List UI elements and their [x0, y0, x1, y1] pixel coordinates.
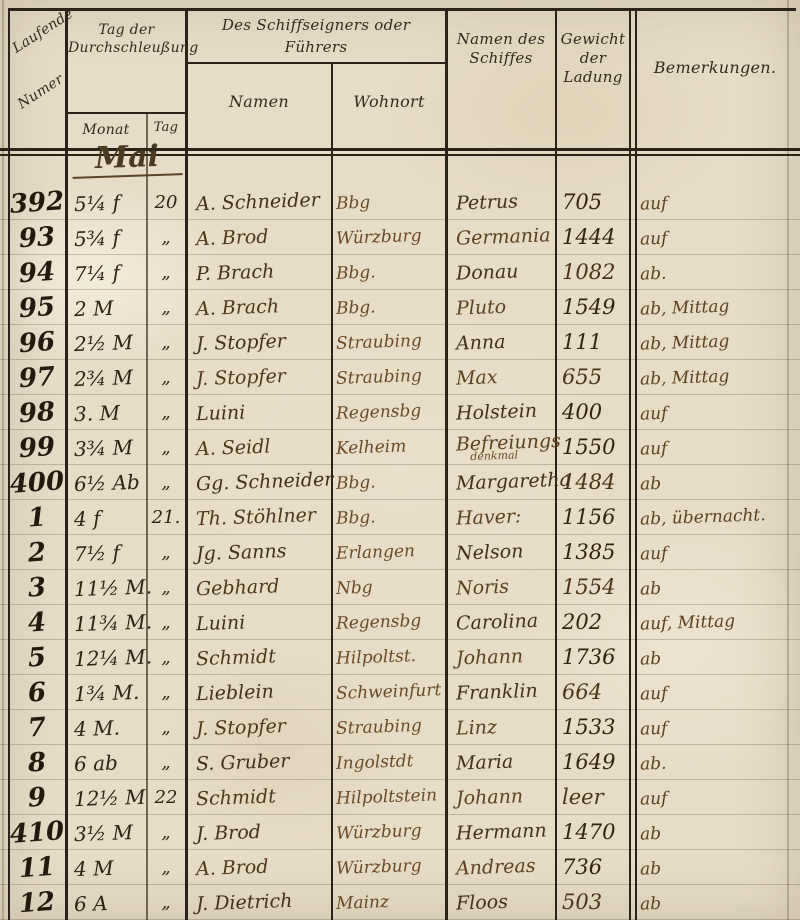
cell-wohnort: Bbg.	[332, 297, 447, 318]
cell-tag: „	[146, 544, 186, 562]
cell-gewicht: leer	[556, 787, 630, 808]
ledger-page: Laufende Numer Tag der Durchschleußung M…	[0, 0, 800, 920]
cell-gewicht: 705	[556, 192, 630, 213]
ledger-row: 3 11½ M. „ Gebhard Nbg Noris 1554 ab	[8, 570, 800, 605]
schiffsname-text: Germania	[456, 224, 551, 249]
cell-laufende-nummer: 98	[7, 398, 67, 428]
cell-wohnort: Straubing	[332, 717, 447, 738]
cell-uhrzeit: 4 f	[66, 506, 147, 529]
cell-wohnort: Straubing	[332, 332, 447, 353]
cell-laufende-nummer: 3	[7, 573, 67, 603]
cell-schiffsname: Pluto	[446, 296, 557, 319]
schiffsname-text: Linz	[456, 716, 498, 739]
cell-schiffsname: Befreiungs denkmal	[446, 432, 557, 463]
cell-wohnort: Straubing	[332, 367, 447, 388]
cell-bemerkung: ab	[630, 646, 800, 669]
cell-wohnort: Hilpoltstein	[332, 787, 447, 808]
cell-schiffseigner-name: A. Brach	[186, 295, 333, 319]
cell-schiffsname: Haver:	[446, 506, 557, 529]
header-monat: Monat	[68, 122, 144, 140]
cell-schiffsname: Holstein	[446, 401, 557, 424]
cell-laufende-nummer: 96	[7, 328, 67, 358]
cell-uhrzeit: 11½ M.	[66, 576, 147, 599]
month-label: Mai	[71, 138, 182, 179]
cell-schiffseigner-name: Schmidt	[186, 785, 333, 809]
cell-uhrzeit: 5¼ f	[66, 191, 147, 214]
cell-schiffseigner-name: Th. Stöhlner	[186, 505, 333, 529]
cell-laufende-nummer: 2	[7, 538, 67, 568]
cell-bemerkung: auf	[630, 541, 800, 564]
ledger-row: 6 1¾ M. „ Lieblein Schweinfurt Franklin …	[8, 675, 800, 710]
cell-tag: „	[146, 229, 186, 247]
header-line-monat	[66, 112, 186, 114]
cell-uhrzeit: 6½ Ab	[66, 471, 147, 494]
cell-schiffseigner-name: J. Stopfer	[186, 365, 333, 389]
cell-laufende-nummer: 5	[7, 643, 67, 673]
cell-gewicht: 111	[556, 332, 630, 353]
ledger-row: 392 5¼ f 20 A. Schneider Bbg Petrus 705 …	[8, 185, 800, 220]
cell-schiffsname: Carolina	[446, 611, 557, 634]
header-tag-der-durchschleusung: Tag der Durchschleußung	[68, 22, 185, 57]
ledger-row: 11 4 M „ A. Brod Würzburg Andreas 736 ab	[8, 850, 800, 885]
cell-wohnort: Regensbg	[332, 402, 447, 423]
cell-uhrzeit: 7½ f	[66, 541, 147, 564]
cell-uhrzeit: 5¾ f	[66, 226, 147, 249]
ledger-rows: 392 5¼ f 20 A. Schneider Bbg Petrus 705 …	[8, 185, 800, 920]
cell-wohnort: Regensbg	[332, 612, 447, 633]
cell-uhrzeit: 12½ M	[66, 786, 147, 809]
cell-tag: „	[146, 824, 186, 842]
cell-wohnort: Würzburg	[332, 857, 447, 878]
cell-bemerkung: ab	[630, 856, 800, 879]
cell-tag: „	[146, 894, 186, 912]
cell-tag: „	[146, 299, 186, 317]
ledger-row: 9 12½ M 22 Schmidt Hilpoltstein Johann l…	[8, 780, 800, 815]
schiffsname-text: Margaretha	[456, 469, 572, 495]
cell-schiffseigner-name: S. Gruber	[186, 750, 333, 774]
cell-tag: „	[146, 264, 186, 282]
cell-laufende-nummer: 94	[7, 258, 67, 288]
cell-tag: „	[146, 684, 186, 702]
cell-laufende-nummer: 392	[7, 188, 67, 218]
cell-gewicht: 1736	[556, 647, 630, 668]
cell-tag: „	[146, 369, 186, 387]
cell-bemerkung: ab, Mittag	[630, 366, 800, 389]
schiffsname-text: Donau	[456, 260, 519, 284]
cell-uhrzeit: 6 A	[66, 891, 147, 914]
cell-wohnort: Bbg.	[332, 262, 447, 283]
cell-schiffsname: Linz	[446, 716, 557, 739]
cell-schiffsname: Germania	[446, 226, 557, 249]
cell-uhrzeit: 1¾ M.	[66, 681, 147, 704]
cell-uhrzeit: 12¼ M.	[66, 646, 147, 669]
cell-bemerkung: auf	[630, 716, 800, 739]
cell-schiffsname: Franklin	[446, 681, 557, 704]
cell-gewicht: 736	[556, 857, 630, 878]
cell-laufende-nummer: 4	[7, 608, 67, 638]
cell-wohnort: Schweinfurt	[332, 682, 447, 703]
schiffsname-text: Maria	[456, 751, 514, 775]
cell-schiffsname: Hermann	[446, 821, 557, 844]
cell-gewicht: 1554	[556, 577, 630, 598]
ledger-row: 93 5¾ f „ A. Brod Würzburg Germania 1444…	[8, 220, 800, 255]
header-schiffseigner-line1: Des Schiffseigners oder	[188, 16, 444, 35]
cell-bemerkung: ab	[630, 576, 800, 599]
cell-wohnort: Mainz	[332, 892, 447, 913]
cell-gewicht: 1082	[556, 262, 630, 283]
cell-bemerkung: auf, Mittag	[630, 611, 800, 634]
cell-tag: „	[146, 439, 186, 457]
cell-schiffseigner-name: J. Brod	[186, 820, 333, 844]
header-numer: Numer	[11, 69, 71, 116]
schiffsname-text: Noris	[456, 576, 510, 600]
cell-tag: 21.	[146, 509, 186, 527]
cell-bemerkung: ab	[630, 821, 800, 844]
cell-schiffsname: Margaretha	[446, 471, 557, 494]
cell-schiffseigner-name: Luini	[186, 610, 333, 634]
cell-gewicht: 664	[556, 682, 630, 703]
cell-wohnort: Würzburg	[332, 227, 447, 248]
cell-laufende-nummer: 97	[7, 363, 67, 393]
cell-schiffsname: Max	[446, 366, 557, 389]
cell-tag: „	[146, 474, 186, 492]
cell-bemerkung: auf	[630, 401, 800, 424]
ledger-row: 400 6½ Ab „ Gg. Schneider Bbg. Margareth…	[8, 465, 800, 500]
cell-uhrzeit: 2½ M	[66, 331, 147, 354]
cell-uhrzeit: 2 M	[66, 296, 147, 319]
schiffsname-text: Andreas	[456, 855, 536, 880]
cell-bemerkung: ab, übernacht.	[630, 506, 800, 529]
schiffsname-text: Franklin	[456, 680, 538, 705]
cell-tag: „	[146, 719, 186, 737]
cell-uhrzeit: 3½ M	[66, 821, 147, 844]
cell-schiffseigner-name: Lieblein	[186, 680, 333, 704]
cell-laufende-nummer: 400	[7, 468, 67, 498]
cell-bemerkung: auf	[630, 681, 800, 704]
ledger-row: 8 6 ab „ S. Gruber Ingolstdt Maria 1649 …	[8, 745, 800, 780]
cell-bemerkung: auf	[630, 436, 800, 459]
cell-uhrzeit: 7¼ f	[66, 261, 147, 284]
cell-schiffseigner-name: A. Brod	[186, 225, 333, 249]
ledger-row: 410 3½ M „ J. Brod Würzburg Hermann 1470…	[8, 815, 800, 850]
ledger-row: 99 3¾ M „ A. Seidl Kelheim Befreiungs de…	[8, 430, 800, 465]
cell-gewicht: 1156	[556, 507, 630, 528]
header-gewicht-der-ladung: Gewicht der Ladung	[559, 30, 627, 86]
cell-laufende-nummer: 93	[7, 223, 67, 253]
cell-laufende-nummer: 7	[7, 713, 67, 743]
ledger-row: 94 7¼ f „ P. Brach Bbg. Donau 1082 ab.	[8, 255, 800, 290]
cell-bemerkung: ab.	[630, 261, 800, 284]
cell-tag: „	[146, 859, 186, 877]
cell-uhrzeit: 2¾ M	[66, 366, 147, 389]
header-schiffseigner-line2: Führers	[188, 38, 444, 57]
cell-schiffseigner-name: J. Stopfer	[186, 715, 333, 739]
schiffsname-text: Max	[456, 366, 498, 389]
page-edge-line	[2, 0, 4, 920]
cell-tag: „	[146, 404, 186, 422]
ledger-row: 5 12¼ M. „ Schmidt Hilpoltst. Johann 173…	[8, 640, 800, 675]
cell-tag: 20	[146, 194, 186, 212]
schiffsname-text: Anna	[456, 331, 506, 355]
ledger-row: 4 11¾ M. „ Luini Regensbg Carolina 202 a…	[8, 605, 800, 640]
schiffsname-text: Johann	[456, 785, 524, 809]
schiffsname-text: Carolina	[456, 610, 539, 635]
cell-gewicht: 1444	[556, 227, 630, 248]
cell-schiffsname: Donau	[446, 261, 557, 284]
table-border-top	[8, 8, 796, 11]
schiffsname-text: Holstein	[456, 400, 538, 425]
cell-gewicht: 202	[556, 612, 630, 633]
schiffsname-text: Pluto	[456, 296, 507, 320]
cell-wohnort: Erlangen	[332, 542, 447, 563]
cell-gewicht: 503	[556, 892, 630, 913]
cell-schiffsname: Floos	[446, 891, 557, 914]
ledger-row: 97 2¾ M „ J. Stopfer Straubing Max 655 a…	[8, 360, 800, 395]
cell-bemerkung: auf	[630, 226, 800, 249]
cell-uhrzeit: 4 M	[66, 856, 147, 879]
cell-wohnort: Würzburg	[332, 822, 447, 843]
cell-schiffseigner-name: A. Seidl	[186, 435, 333, 459]
cell-schiffseigner-name: P. Brach	[186, 260, 333, 284]
header-wohnort: Wohnort	[334, 92, 444, 112]
cell-gewicht: 1649	[556, 752, 630, 773]
cell-gewicht: 1549	[556, 297, 630, 318]
cell-wohnort: Bbg.	[332, 472, 447, 493]
cell-wohnort: Nbg	[332, 577, 447, 598]
cell-bemerkung: auf	[630, 191, 800, 214]
cell-laufende-nummer: 410	[7, 818, 67, 848]
cell-gewicht: 1385	[556, 542, 630, 563]
cell-schiffsname: Johann	[446, 786, 557, 809]
cell-laufende-nummer: 99	[7, 433, 67, 463]
header-namen-des-schiffes: Namen des Schiffes	[449, 30, 553, 68]
schiffsname-text: Nelson	[456, 540, 524, 564]
cell-wohnort: Kelheim	[332, 437, 447, 458]
cell-gewicht: 1533	[556, 717, 630, 738]
cell-schiffsname: Johann	[446, 646, 557, 669]
cell-bemerkung: ab.	[630, 751, 800, 774]
header-line-owner	[186, 62, 446, 64]
cell-schiffseigner-name: Gg. Schneider	[186, 470, 333, 494]
cell-schiffsname: Andreas	[446, 856, 557, 879]
cell-schiffseigner-name: A. Schneider	[186, 190, 333, 214]
cell-bemerkung: ab	[630, 891, 800, 914]
cell-gewicht: 655	[556, 367, 630, 388]
cell-bemerkung: ab	[630, 471, 800, 494]
ledger-row: 12 6 A „ J. Dietrich Mainz Floos 503 ab	[8, 885, 800, 920]
cell-schiffseigner-name: J. Dietrich	[186, 890, 333, 914]
cell-laufende-nummer: 8	[7, 748, 67, 778]
schiffsname-text: Floos	[456, 891, 509, 915]
ledger-row: 1 4 f 21. Th. Stöhlner Bbg. Haver: 1156 …	[8, 500, 800, 535]
cell-schiffsname: Petrus	[446, 191, 557, 214]
cell-schiffsname: Noris	[446, 576, 557, 599]
header-namen: Namen	[188, 92, 330, 112]
cell-schiffseigner-name: Gebhard	[186, 575, 333, 599]
cell-schiffsname: Anna	[446, 331, 557, 354]
ledger-row: 96 2½ M „ J. Stopfer Straubing Anna 111 …	[8, 325, 800, 360]
cell-uhrzeit: 6 ab	[66, 751, 147, 774]
schiffsname-text: Hermann	[456, 819, 547, 844]
ledger-row: 2 7½ f „ Jg. Sanns Erlangen Nelson 1385 …	[8, 535, 800, 570]
cell-schiffsname: Maria	[446, 751, 557, 774]
cell-tag: „	[146, 754, 186, 772]
cell-laufende-nummer: 12	[7, 888, 67, 918]
cell-uhrzeit: 3. M	[66, 401, 147, 424]
cell-gewicht: 1550	[556, 437, 630, 458]
cell-wohnort: Hilpoltst.	[332, 647, 447, 668]
cell-wohnort: Ingolstdt	[332, 752, 447, 773]
schiffsname-text: Johann	[456, 645, 524, 669]
cell-schiffseigner-name: A. Brod	[186, 855, 333, 879]
cell-gewicht: 1470	[556, 822, 630, 843]
schiffsname-text: Petrus	[456, 190, 519, 214]
cell-laufende-nummer: 9	[7, 783, 67, 813]
header-tag: Tag	[148, 120, 184, 136]
cell-uhrzeit: 11¾ M.	[66, 611, 147, 634]
cell-schiffsname: Nelson	[446, 541, 557, 564]
cell-schiffseigner-name: Jg. Sanns	[186, 540, 333, 564]
cell-laufende-nummer: 6	[7, 678, 67, 708]
cell-tag: 22	[146, 789, 186, 807]
ledger-row: 7 4 M. „ J. Stopfer Straubing Linz 1533 …	[8, 710, 800, 745]
schiffsname-text: Haver:	[456, 505, 522, 529]
cell-wohnort: Bbg.	[332, 507, 447, 528]
cell-wohnort: Bbg	[332, 192, 447, 213]
header-bemerkungen: Bemerkungen.	[640, 58, 790, 78]
cell-bemerkung: ab, Mittag	[630, 296, 800, 319]
cell-uhrzeit: 3¾ M	[66, 436, 147, 459]
cell-laufende-nummer: 11	[7, 853, 67, 883]
cell-schiffseigner-name: Luini	[186, 400, 333, 424]
ledger-row: 98 3. M „ Luini Regensbg Holstein 400 au…	[8, 395, 800, 430]
cell-gewicht: 400	[556, 402, 630, 423]
cell-laufende-nummer: 95	[7, 293, 67, 323]
cell-uhrzeit: 4 M.	[66, 716, 147, 739]
ledger-row: 95 2 M „ A. Brach Bbg. Pluto 1549 ab, Mi…	[8, 290, 800, 325]
cell-bemerkung: auf	[630, 786, 800, 809]
cell-schiffseigner-name: Schmidt	[186, 645, 333, 669]
cell-schiffseigner-name: J. Stopfer	[186, 330, 333, 354]
cell-laufende-nummer: 1	[7, 503, 67, 533]
cell-tag: „	[146, 334, 186, 352]
cell-bemerkung: ab, Mittag	[630, 331, 800, 354]
